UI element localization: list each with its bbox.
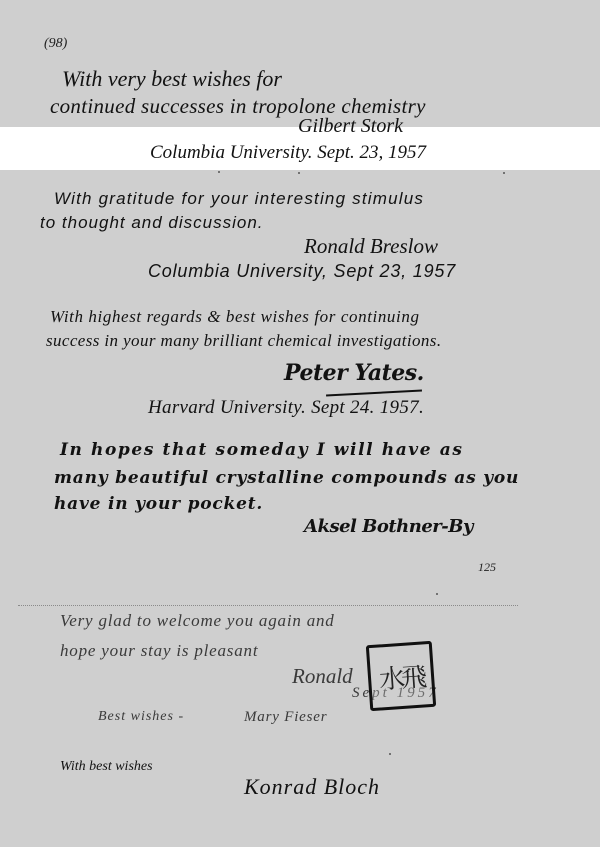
signature: Aksel Bothner-By — [304, 518, 473, 536]
message-line: success in your many brilliant chemical … — [46, 332, 441, 349]
scan-speck — [389, 753, 391, 755]
message-line: With very best wishes for — [62, 68, 282, 90]
message-line: many beautiful crystalline compounds as … — [54, 470, 519, 487]
affiliation-date: Harvard University. Sept 24. 1957. — [148, 398, 424, 417]
scan-speck — [436, 593, 438, 595]
message-line: hope your stay is pleasant — [60, 642, 258, 659]
message-line: to thought and discussion. — [40, 214, 264, 231]
message-line: Best wishes - — [98, 710, 184, 724]
signature: Konrad Bloch — [244, 776, 380, 798]
paste-edge-line — [18, 605, 518, 606]
signature-underline — [326, 389, 422, 396]
message-line: With highest regards & best wishes for c… — [50, 308, 420, 325]
message-line: With best wishes — [60, 760, 153, 774]
signature: Mary Fieser — [244, 710, 327, 725]
page-number-bottom: 125 — [478, 560, 496, 575]
affiliation-date: Columbia University, Sept 23, 1957 — [148, 262, 456, 280]
seal-stamp: 水飛 — [366, 641, 436, 711]
affiliation-date: Columbia University. Sept. 23, 1957 — [150, 143, 426, 162]
message-line: Very glad to welcome you again and — [60, 612, 335, 629]
autograph-page: (98) With very best wishes for continued… — [0, 0, 600, 847]
signature: Ronald Breslow — [304, 236, 438, 257]
page-number-top: (98) — [44, 36, 67, 52]
signature: Ronald — [292, 666, 353, 687]
scan-speck — [503, 172, 505, 174]
signature: Peter Yates. — [284, 362, 424, 384]
message-line: In hopes that someday I will have as — [60, 442, 464, 459]
message-line: With gratitude for your interesting stim… — [54, 190, 424, 207]
message-line: continued successes in tropolone chemist… — [50, 96, 426, 117]
signature: Gilbert Stork — [298, 116, 403, 136]
message-line: have in your pocket. — [54, 496, 263, 513]
scan-speck — [218, 171, 220, 173]
scan-speck — [298, 172, 300, 174]
